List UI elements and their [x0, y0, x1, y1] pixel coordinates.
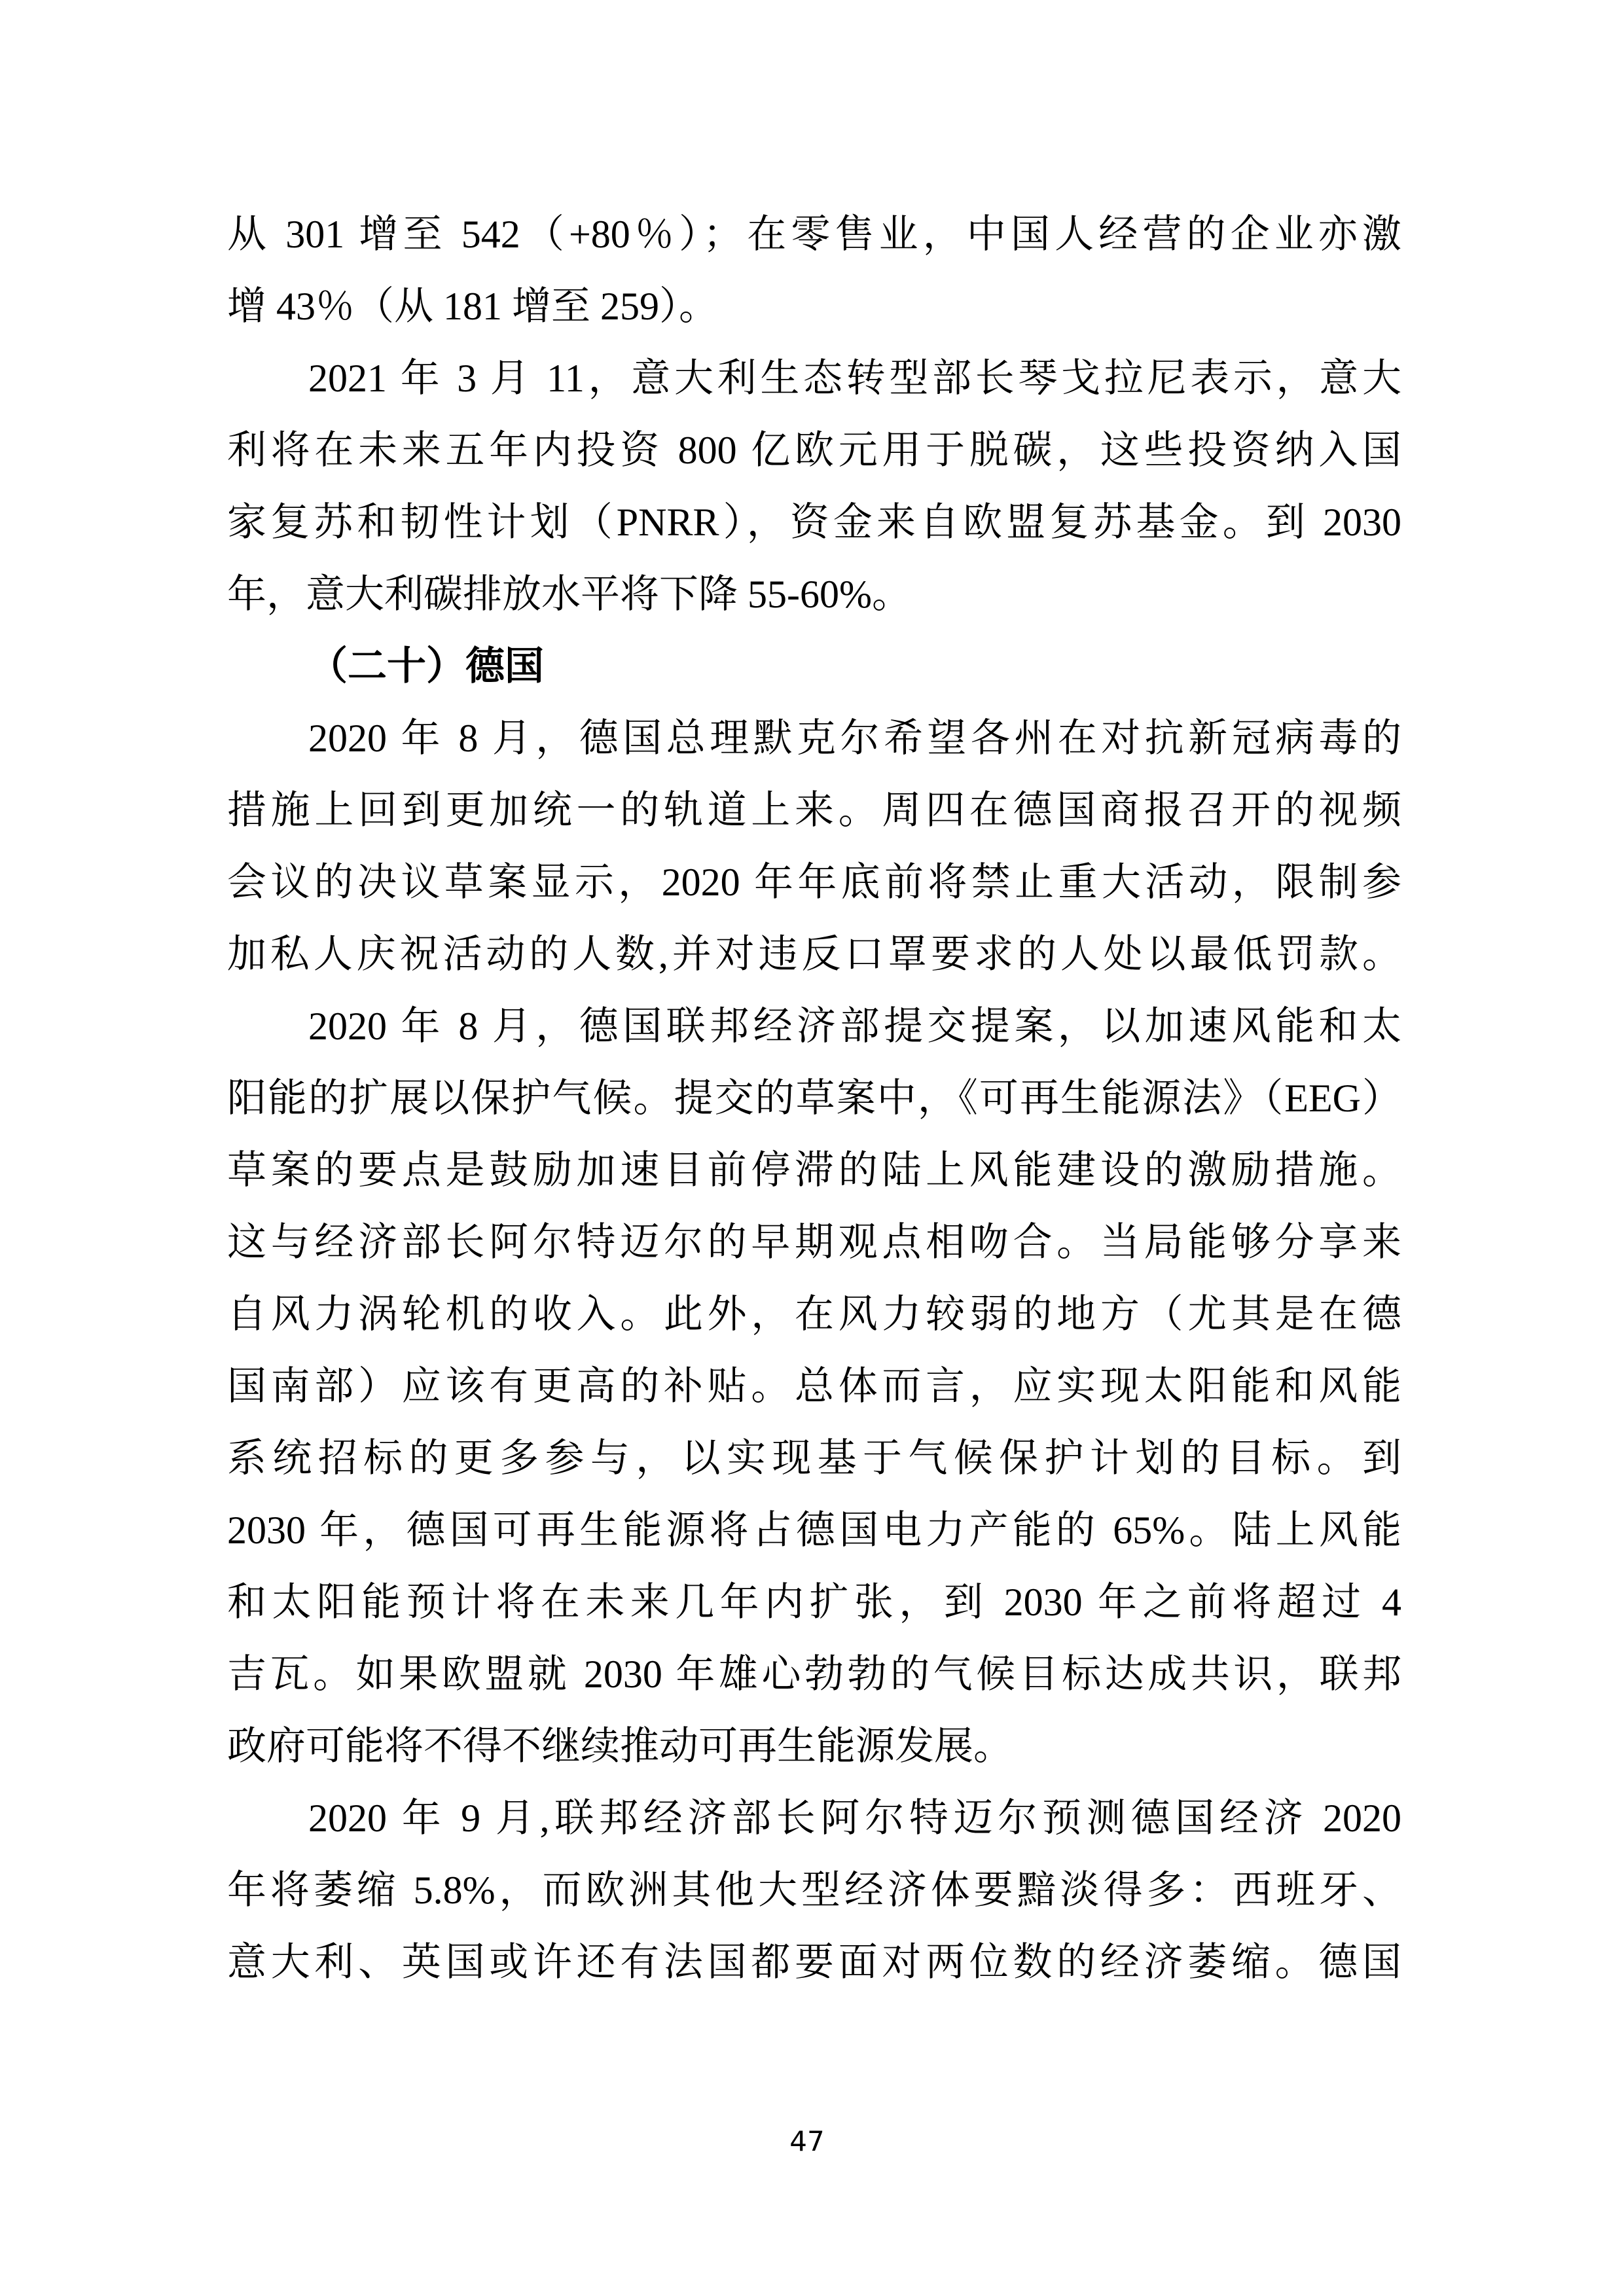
text-line: 国南部）应该有更高的补贴。总体而言，应实现太阳能和风能 [227, 1350, 1401, 1422]
text-line: 措施上回到更加统一的轨道上来。周四在德国商报召开的视频 [227, 774, 1401, 846]
text-line: 2020 年 9 月,联邦经济部长阿尔特迈尔预测德国经济 2020 [227, 1782, 1401, 1854]
document-body: 从 301 增至 542（+80％）；在零售业，中国人经营的企业亦激增 43％（… [227, 198, 1401, 1998]
text-line: 2021 年 3 月 11，意大利生态转型部长琴戈拉尼表示，意大 [227, 342, 1401, 414]
text-line: 增 43％（从 181 增至 259）。 [227, 270, 1401, 342]
text-line: 这与经济部长阿尔特迈尔的早期观点相吻合。当局能够分享来 [227, 1206, 1401, 1278]
section-heading: （二十）德国 [227, 630, 1401, 702]
text-line: 阳能的扩展以保护气候。提交的草案中，《可再生能源法》（EEG） [227, 1062, 1401, 1134]
text-line: 吉瓦。如果欧盟就 2030 年雄心勃勃的气候目标达成共识，联邦 [227, 1638, 1401, 1710]
text-line: 系统招标的更多参与，以实现基于气候保护计划的目标。到 [227, 1422, 1401, 1494]
text-line: 年，意大利碳排放水平将下降 55-60%。 [227, 558, 1401, 630]
text-line: 和太阳能预计将在未来几年内扩张，到 2030 年之前将超过 4 [227, 1566, 1401, 1638]
text-line: 自风力涡轮机的收入。此外，在风力较弱的地方（尤其是在德 [227, 1278, 1401, 1350]
page-number: 47 [0, 2122, 1614, 2161]
text-line: 政府可能将不得不继续推动可再生能源发展。 [227, 1710, 1401, 1782]
text-line: 2020 年 8 月，德国总理默克尔希望各州在对抗新冠病毒的 [227, 702, 1401, 774]
text-line: 从 301 增至 542（+80％）；在零售业，中国人经营的企业亦激 [227, 198, 1401, 270]
text-line: 2030 年，德国可再生能源将占德国电力产能的 65%。陆上风能 [227, 1494, 1401, 1566]
text-line: 会议的决议草案显示，2020 年年底前将禁止重大活动，限制参 [227, 846, 1401, 918]
text-line: 利将在未来五年内投资 800 亿欧元用于脱碳，这些投资纳入国 [227, 414, 1401, 486]
document-page: 从 301 增至 542（+80％）；在零售业，中国人经营的企业亦激增 43％（… [0, 0, 1624, 2296]
text-line: 家复苏和韧性计划（PNRR），资金来自欧盟复苏基金。到 2030 [227, 486, 1401, 558]
text-line: 意大利、英国或许还有法国都要面对两位数的经济萎缩。德国 [227, 1926, 1401, 1998]
text-line: 加私人庆祝活动的人数,并对违反口罩要求的人处以最低罚款。 [227, 918, 1401, 990]
text-line: 年将萎缩 5.8%，而欧洲其他大型经济体要黯淡得多：西班牙、 [227, 1854, 1401, 1926]
text-line: 2020 年 8 月，德国联邦经济部提交提案，以加速风能和太 [227, 990, 1401, 1062]
text-line: 草案的要点是鼓励加速目前停滞的陆上风能建设的激励措施。 [227, 1134, 1401, 1206]
